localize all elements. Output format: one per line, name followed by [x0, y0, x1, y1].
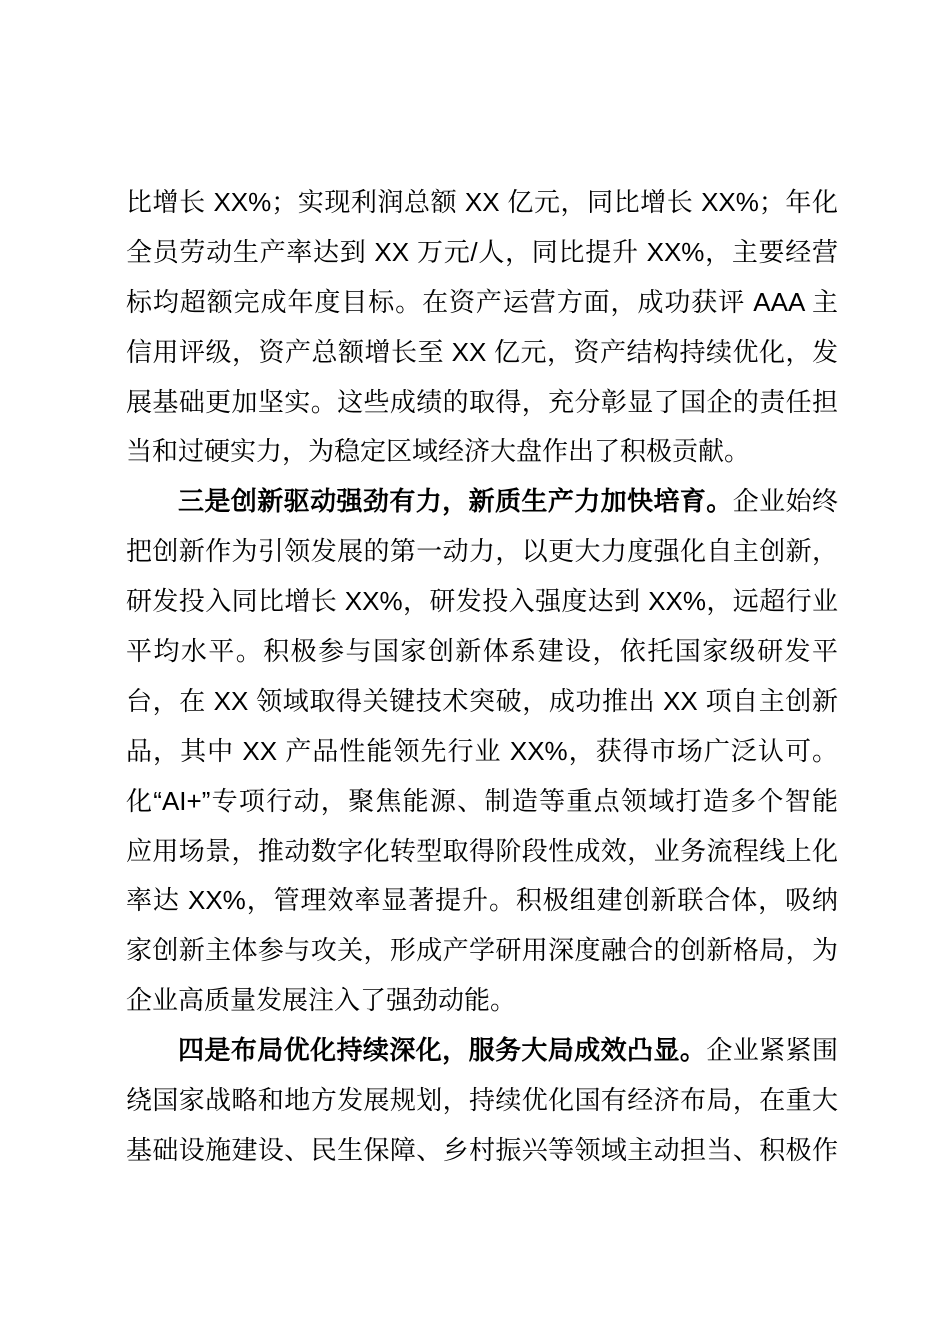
document-page: 比增长 XX%；实现利润总额 XX 亿元，同比增长 XX%；年化全员劳动生产率达… [0, 0, 950, 1344]
text-line: 基础设施建设、民生保障、乡村振兴等领域主动担当、积极作 [126, 1126, 838, 1176]
text-line: 平均水平。积极参与国家创新体系建设，依托国家级研发平 [126, 627, 838, 677]
text-run: 把创新作为引领发展的第一动力，以更大力度强化自主创新， [126, 536, 838, 566]
bold-text-run: 三是创新驱动强劲有力，新质生产力加快培育。 [178, 486, 733, 516]
text-line: 三是创新驱动强劲有力，新质生产力加快培育。企业始终 [126, 477, 838, 527]
text-line: 展基础更加坚实。这些成绩的取得，充分彰显了国企的责任担 [126, 378, 838, 428]
text-run: 展基础更加坚实。这些成绩的取得，充分彰显了国企的责任担 [126, 387, 838, 417]
text-line: 化“AI+”专项行动，聚焦能源、制造等重点领域打造多个智能 [126, 777, 838, 827]
text-run: 当和过硬实力，为稳定区域经济大盘作出了积极贡献。 [126, 436, 750, 466]
text-run: 企业高质量发展注入了强劲动能。 [126, 985, 516, 1015]
text-run: 率达 XX%，管理效率显著提升。积极组建创新联合体，吸纳多 [126, 885, 838, 926]
text-run: 化“AI+”专项行动，聚焦能源、制造等重点领域打造多个智能 [126, 786, 838, 816]
text-line: 家创新主体参与攻关，形成产学研用深度融合的创新格局，为 [126, 926, 838, 976]
text-line: 率达 XX%，管理效率显著提升。积极组建创新联合体，吸纳多 [126, 876, 838, 926]
text-line: 应用场景，推动数字化转型取得阶段性成效，业务流程线上化 [126, 827, 838, 877]
text-line: 台，在 XX 领域取得关键技术突破，成功推出 XX 项自主创新产 [126, 677, 838, 727]
text-line: 品，其中 XX 产品性能领先行业 XX%，获得市场广泛认可。深 [126, 727, 838, 777]
text-line: 四是布局优化持续深化，服务大局成效凸显。企业紧紧围 [126, 1026, 838, 1076]
text-line: 企业高质量发展注入了强劲动能。 [126, 976, 838, 1026]
text-run: 研发投入同比增长 XX%，研发投入强度达到 XX%，远超行业 [126, 586, 838, 616]
text-run: 台，在 XX 领域取得关键技术突破，成功推出 XX 项自主创新产 [126, 686, 838, 727]
document-text: 比增长 XX%；实现利润总额 XX 亿元，同比增长 XX%；年化全员劳动生产率达… [126, 178, 838, 1176]
text-run: 全员劳动生产率达到 XX 万元/人，同比提升 XX%，主要经营指 [126, 237, 838, 278]
text-line: 当和过硬实力，为稳定区域经济大盘作出了积极贡献。 [126, 427, 838, 477]
text-run: 平均水平。积极参与国家创新体系建设，依托国家级研发平 [126, 636, 838, 666]
text-run: 比增长 XX%；实现利润总额 XX 亿元，同比增长 XX%；年化 [126, 187, 838, 217]
text-line: 信用评级，资产总额增长至 XX 亿元，资产结构持续优化，发 [126, 328, 838, 378]
text-line: 研发投入同比增长 XX%，研发投入强度达到 XX%，远超行业 [126, 577, 838, 627]
text-line: 绕国家战略和地方发展规划，持续优化国有经济布局，在重大 [126, 1076, 838, 1126]
text-run: 标均超额完成年度目标。在资产运营方面，成功获评 AAA 主体 [126, 287, 838, 328]
text-run: 应用场景，推动数字化转型取得阶段性成效，业务流程线上化 [126, 836, 838, 866]
bold-text-run: 四是布局优化持续深化，服务大局成效凸显。 [178, 1035, 706, 1065]
text-run: 企业始终 [733, 486, 838, 516]
text-run: 家创新主体参与攻关，形成产学研用深度融合的创新格局，为 [126, 935, 838, 965]
text-run: 信用评级，资产总额增长至 XX 亿元，资产结构持续优化，发 [126, 337, 838, 367]
text-run: 企业紧紧围 [706, 1035, 838, 1065]
text-line: 比增长 XX%；实现利润总额 XX 亿元，同比增长 XX%；年化 [126, 178, 838, 228]
text-run: 绕国家战略和地方发展规划，持续优化国有经济布局，在重大 [126, 1085, 838, 1115]
text-line: 把创新作为引领发展的第一动力，以更大力度强化自主创新， [126, 527, 838, 577]
text-line: 标均超额完成年度目标。在资产运营方面，成功获评 AAA 主体 [126, 278, 838, 328]
text-run: 品，其中 XX 产品性能领先行业 XX%，获得市场广泛认可。深 [126, 736, 838, 777]
text-run: 基础设施建设、民生保障、乡村振兴等领域主动担当、积极作 [126, 1135, 838, 1165]
text-line: 全员劳动生产率达到 XX 万元/人，同比提升 XX%，主要经营指 [126, 228, 838, 278]
